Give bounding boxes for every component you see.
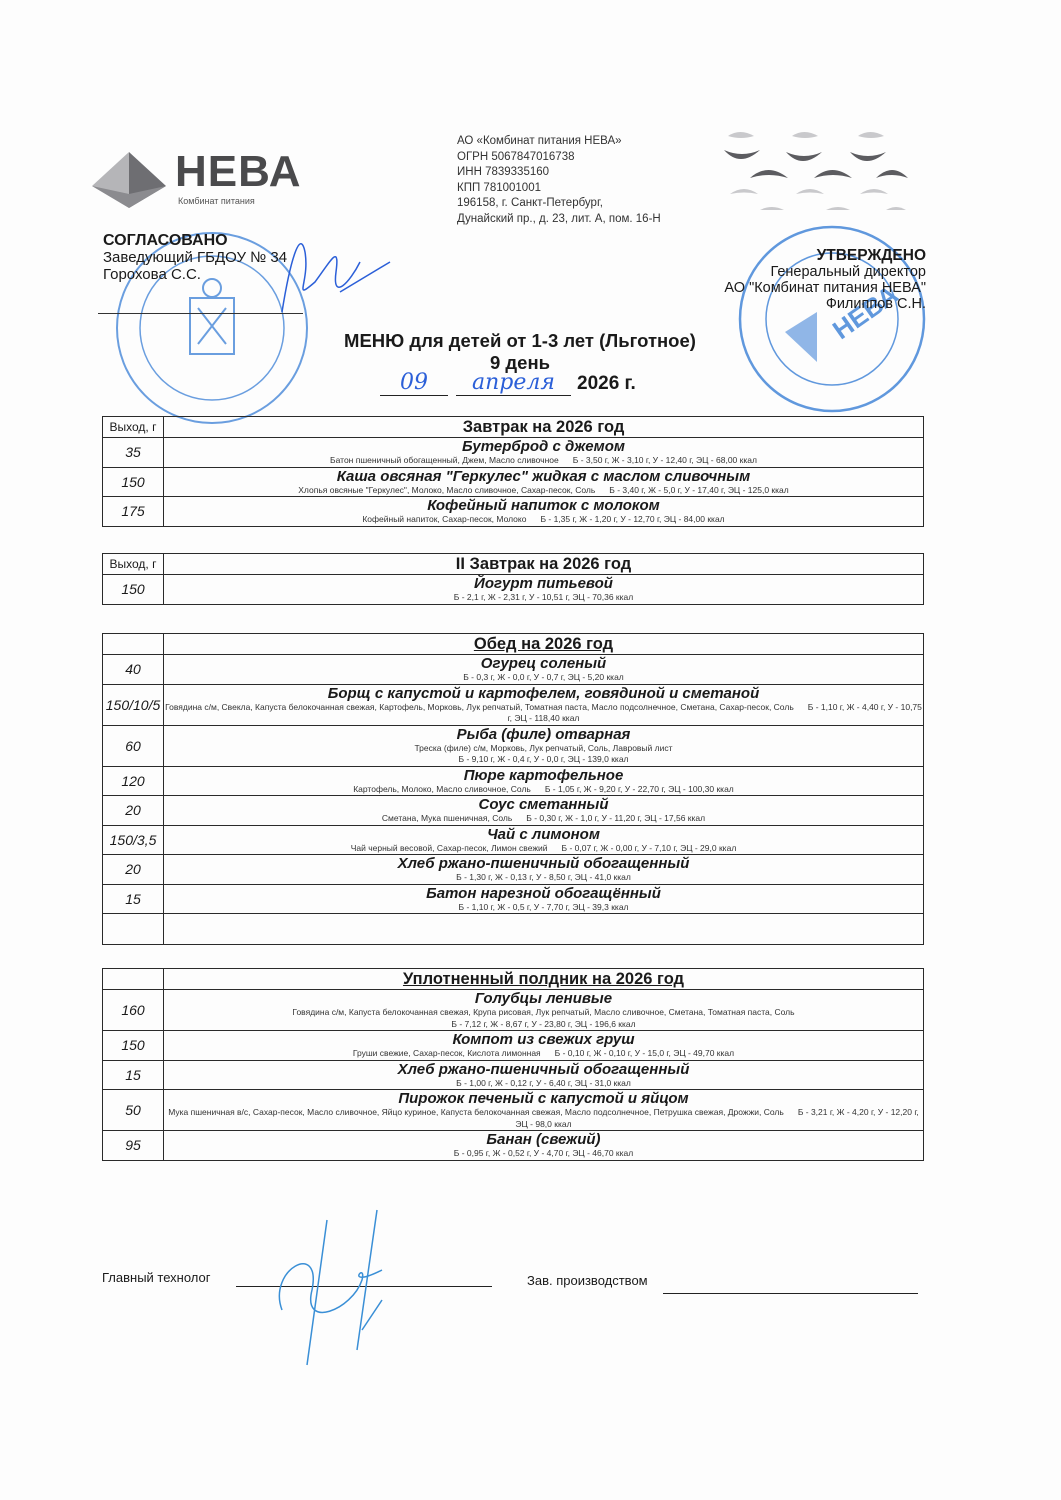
dish-cell: Хлеб ржано-пшеничный обогащенныйБ - 1,30… — [164, 855, 924, 885]
date-day: 09 — [380, 370, 448, 396]
menu-item-row: 150Йогурт питьевойБ - 2,1 г, Ж - 2,31 г,… — [103, 575, 924, 605]
yield-header: Выход, г — [103, 554, 164, 575]
company-details: АО «Комбинат питания НЕВА» ОГРН 50678470… — [457, 134, 661, 227]
dish-name: Борщ с капустой и картофелем, говядиной … — [164, 685, 923, 702]
menu-section-table: Выход, гII Завтрак на 2026 год150Йогурт … — [102, 553, 924, 605]
dish-yield: 15 — [103, 884, 164, 914]
dish-cell: Чай с лимономЧай черный весовой, Сахар-п… — [164, 825, 924, 855]
dish-ingredients: Хлопья овсяные "Геркулес", Молоко, Масло… — [298, 485, 595, 495]
dish-ingredients: Сметана, Мука пшеничная, Соль — [382, 813, 512, 823]
section-header-row: Уплотненный полдник на 2026 год — [103, 969, 924, 990]
dish-nutrition: Б - 0,30 г, Ж - 1,0 г, У - 11,20 г, ЭЦ -… — [526, 813, 705, 823]
dish-cell: Бутерброд с джемомБатон пшеничный обогащ… — [164, 438, 924, 468]
menu-section-table: Выход, гЗавтрак на 2026 год35Бутерброд с… — [102, 416, 924, 527]
menu-item-row: 20Соус сметанныйСметана, Мука пшеничная,… — [103, 796, 924, 826]
menu-date: 09апреля2026 г. — [380, 370, 636, 396]
dish-name: Банан (свежий) — [164, 1131, 923, 1148]
agreed-position: Заведующий ГБДОУ № 34 — [103, 249, 287, 266]
dish-details: Б - 0,95 г, Ж - 0,52 г, У - 4,70 г, ЭЦ -… — [164, 1148, 923, 1160]
menu-item-row: 175Кофейный напиток с молокомКофейный на… — [103, 497, 924, 527]
dish-details: Чай черный весовой, Сахар-песок, Лимон с… — [164, 843, 923, 855]
dish-cell: Пюре картофельноеКартофель, Молоко, Масл… — [164, 766, 924, 796]
dish-ingredients: Батон пшеничный обогащенный, Джем, Масло… — [330, 455, 559, 465]
date-month: апреля — [456, 370, 571, 396]
approved-name: Филиппов С.Н. — [724, 296, 926, 312]
dish-nutrition: Б - 3,50 г, Ж - 3,10 г, У - 12,40 г, ЭЦ … — [573, 455, 757, 465]
chief-technologist-label: Главный технолог — [102, 1270, 211, 1285]
section-header-row: Обед на 2026 год — [103, 634, 924, 655]
dish-ingredients: Мука пшеничная в/с, Сахар-песок, Масло с… — [168, 1107, 784, 1117]
dish-yield: 120 — [103, 766, 164, 796]
dish-cell: Голубцы ленивыеГовядина с/м, Капуста бел… — [164, 990, 924, 1031]
menu-item-row: 60Рыба (филе) отварнаяТреска (филе) с/м,… — [103, 725, 924, 766]
dish-details: Батон пшеничный обогащенный, Джем, Масло… — [164, 455, 923, 467]
dish-yield: 150/10/5 — [103, 684, 164, 725]
menu-item-row: 150Каша овсяная "Геркулес" жидкая с масл… — [103, 467, 924, 497]
menu-item-row: 120Пюре картофельноеКартофель, Молоко, М… — [103, 766, 924, 796]
yield-header — [103, 969, 164, 990]
dish-nutrition: Б - 0,3 г, Ж - 0,0 г, У - 0,7 г, ЭЦ - 5,… — [463, 672, 624, 682]
dish-cell: Каша овсяная "Геркулес" жидкая с маслом … — [164, 467, 924, 497]
dish-details: Мука пшеничная в/с, Сахар-песок, Масло с… — [164, 1107, 923, 1130]
dish-nutrition: Б - 0,10 г, Ж - 0,10 г, У - 15,0 г, ЭЦ -… — [555, 1048, 734, 1058]
dish-cell: Банан (свежий)Б - 0,95 г, Ж - 0,52 г, У … — [164, 1131, 924, 1161]
dish-details: Груши свежие, Сахар-песок, Кислота лимон… — [164, 1048, 923, 1060]
dish-cell: Борщ с капустой и картофелем, говядиной … — [164, 684, 924, 725]
company-line: АО «Комбинат питания НЕВА» — [457, 134, 661, 150]
dish-yield: 40 — [103, 655, 164, 685]
dish-nutrition: Б - 2,1 г, Ж - 2,31 г, У - 10,51 г, ЭЦ -… — [454, 592, 633, 602]
section-header-row: Выход, гЗавтрак на 2026 год — [103, 417, 924, 438]
dish-yield: 175 — [103, 497, 164, 527]
dish-yield: 150 — [103, 1031, 164, 1061]
logo-name: НЕВА — [175, 150, 301, 194]
signature-agreed-icon — [270, 222, 400, 322]
dish-yield: 95 — [103, 1131, 164, 1161]
approved-heading: УТВЕРЖДЕНО — [724, 248, 926, 264]
dish-details: Б - 2,1 г, Ж - 2,31 г, У - 10,51 г, ЭЦ -… — [164, 592, 923, 604]
approved-block: УТВЕРЖДЕНО Генеральный директор АО "Комб… — [724, 248, 926, 312]
company-line: ОГРН 5067847016738 — [457, 150, 661, 166]
dish-name: Хлеб ржано-пшеничный обогащенный — [164, 855, 923, 872]
dish-details: Картофель, Молоко, Масло сливочное, Соль… — [164, 784, 923, 796]
agreed-signature-line — [98, 313, 303, 314]
dish-nutrition: Б - 7,12 г, Ж - 8,67 г, У - 23,80 г, ЭЦ … — [451, 1019, 635, 1029]
dish-details: Говядина с/м, Свекла, Капуста белокочанн… — [164, 702, 923, 725]
dish-yield: 150/3,5 — [103, 825, 164, 855]
dish-yield: 150 — [103, 575, 164, 605]
dish-ingredients: Говядина с/м, Свекла, Капуста белокочанн… — [165, 702, 794, 712]
dish-name: Бутерброд с джемом — [164, 438, 923, 455]
company-line: ИНН 7839335160 — [457, 165, 661, 181]
dish-nutrition: Б - 1,30 г, Ж - 0,13 г, У - 8,50 г, ЭЦ -… — [456, 872, 631, 882]
menu-item-row: 150/10/5Борщ с капустой и картофелем, го… — [103, 684, 924, 725]
yield-header: Выход, г — [103, 417, 164, 438]
dish-name: Йогурт питьевой — [164, 575, 923, 592]
dish-yield: 35 — [103, 438, 164, 468]
approved-position: Генеральный директор — [724, 264, 926, 280]
dish-nutrition: Б - 1,10 г, Ж - 0,5 г, У - 7,70 г, ЭЦ - … — [459, 902, 629, 912]
dish-details: Б - 1,30 г, Ж - 0,13 г, У - 8,50 г, ЭЦ -… — [164, 872, 923, 884]
dish-details: Сметана, Мука пшеничная, СольБ - 0,30 г,… — [164, 813, 923, 825]
dish-details: Б - 1,00 г, Ж - 0,12 г, У - 6,40 г, ЭЦ -… — [164, 1078, 923, 1090]
agreed-name: Горохова С.С. — [103, 266, 287, 283]
menu-item-row: 50Пирожок печеный с капустой и яйцомМука… — [103, 1090, 924, 1131]
dish-name: Каша овсяная "Геркулес" жидкая с маслом … — [164, 468, 923, 485]
dish-nutrition: Б - 0,07 г, Ж - 0,00 г, У - 7,10 г, ЭЦ -… — [562, 843, 737, 853]
section-title-text: II Завтрак на 2026 год — [456, 555, 631, 573]
dish-details: Б - 0,3 г, Ж - 0,0 г, У - 0,7 г, ЭЦ - 5,… — [164, 672, 923, 684]
menu-item-row: 150Компот из свежих грушГруши свежие, Са… — [103, 1031, 924, 1061]
production-head-label: Зав. производством — [527, 1273, 648, 1288]
dish-yield: 20 — [103, 796, 164, 826]
dish-ingredients: Картофель, Молоко, Масло сливочное, Соль — [353, 784, 531, 794]
dish-name: Огурец соленый — [164, 655, 923, 672]
section-title-text: Обед на 2026 год — [474, 635, 613, 653]
dish-name: Рыба (филе) отварная — [164, 726, 923, 743]
dish-cell: Йогурт питьевойБ - 2,1 г, Ж - 2,31 г, У … — [164, 575, 924, 605]
menu-section-table: Уплотненный полдник на 2026 год160Голубц… — [102, 968, 924, 1161]
dish-ingredients: Треска (филе) с/м, Морковь, Лук репчатый… — [414, 743, 672, 753]
section-title: II Завтрак на 2026 год — [164, 554, 924, 575]
section-header-row: Выход, гII Завтрак на 2026 год — [103, 554, 924, 575]
dish-details: Кофейный напиток, Сахар-песок, МолокоБ -… — [164, 514, 923, 526]
dish-details: Треска (филе) с/м, Морковь, Лук репчатый… — [164, 743, 923, 755]
dish-cell: Компот из свежих грушГруши свежие, Сахар… — [164, 1031, 924, 1061]
dish-yield: 50 — [103, 1090, 164, 1131]
menu-item-row: 160Голубцы ленивыеГовядина с/м, Капуста … — [103, 990, 924, 1031]
dish-nutrition: Б - 3,40 г, Ж - 5,0 г, У - 17,40 г, ЭЦ -… — [609, 485, 788, 495]
dish-name: Пюре картофельное — [164, 767, 923, 784]
dish-ingredients: Чай черный весовой, Сахар-песок, Лимон с… — [351, 843, 548, 853]
waves-decoration-icon — [720, 126, 910, 216]
dish-name: Батон нарезной обогащённый — [164, 885, 923, 902]
production-head-signature-line — [663, 1293, 918, 1294]
dish-cell: Пирожок печеный с капустой и яйцомМука п… — [164, 1090, 924, 1131]
menu-item-row: 150/3,5Чай с лимономЧай черный весовой, … — [103, 825, 924, 855]
date-year: 2026 г. — [577, 373, 636, 394]
menu-item-row: 15Батон нарезной обогащённыйБ - 1,10 г, … — [103, 884, 924, 914]
blank-row — [103, 914, 924, 945]
dish-yield: 150 — [103, 467, 164, 497]
dish-cell: Кофейный напиток с молокомКофейный напит… — [164, 497, 924, 527]
section-title: Уплотненный полдник на 2026 год — [164, 969, 924, 990]
menu-item-row: 40Огурец соленыйБ - 0,3 г, Ж - 0,0 г, У … — [103, 655, 924, 685]
section-title: Обед на 2026 год — [164, 634, 924, 655]
dish-nutrition: Б - 1,00 г, Ж - 0,12 г, У - 6,40 г, ЭЦ -… — [456, 1078, 631, 1088]
dish-details: Хлопья овсяные "Геркулес", Молоко, Масло… — [164, 485, 923, 497]
yield-header — [103, 634, 164, 655]
dish-ingredients: Груши свежие, Сахар-песок, Кислота лимон… — [353, 1048, 541, 1058]
dish-yield: 20 — [103, 855, 164, 885]
dish-details: Говядина с/м, Капуста белокочанная свежа… — [164, 1007, 923, 1019]
dish-cell: Огурец соленыйБ - 0,3 г, Ж - 0,0 г, У - … — [164, 655, 924, 685]
menu-item-row: 20Хлеб ржано-пшеничный обогащенныйБ - 1,… — [103, 855, 924, 885]
agreed-block: СОГЛАСОВАНО Заведующий ГБДОУ № 34 Горохо… — [103, 232, 287, 283]
dish-name: Кофейный напиток с молоком — [164, 497, 923, 514]
dish-ingredients: Говядина с/м, Капуста белокочанная свежа… — [292, 1007, 794, 1017]
dish-cell: Хлеб ржано-пшеничный обогащенныйБ - 1,00… — [164, 1060, 924, 1090]
signature-technologist-icon — [262, 1200, 412, 1370]
dish-name: Пирожок печеный с капустой и яйцом — [164, 1090, 923, 1107]
menu-item-row: 95Банан (свежий)Б - 0,95 г, Ж - 0,52 г, … — [103, 1131, 924, 1161]
section-title: Завтрак на 2026 год — [164, 417, 924, 438]
menu-title: МЕНЮ для детей от 1-3 лет (Льготное) 9 д… — [290, 330, 750, 374]
dish-name: Компот из свежих груш — [164, 1031, 923, 1048]
dish-nutrition: Б - 1,05 г, Ж - 9,20 г, У - 22,70 г, ЭЦ … — [545, 784, 734, 794]
section-title-text: Уплотненный полдник на 2026 год — [403, 970, 684, 988]
pyramid-logo-icon — [90, 150, 168, 210]
company-line: Дунайский пр., д. 23, лит. А, пом. 16-Н — [457, 212, 661, 228]
dish-cell: Батон нарезной обогащённыйБ - 1,10 г, Ж … — [164, 884, 924, 914]
dish-yield: 60 — [103, 725, 164, 766]
dish-yield: 15 — [103, 1060, 164, 1090]
menu-title-line1: МЕНЮ для детей от 1-3 лет (Льготное) — [290, 330, 750, 352]
company-line: 196158, г. Санкт-Петербург, — [457, 196, 661, 212]
agreed-heading: СОГЛАСОВАНО — [103, 232, 287, 249]
dish-nutrition: Б - 0,95 г, Ж - 0,52 г, У - 4,70 г, ЭЦ -… — [454, 1148, 633, 1158]
menu-item-row: 35Бутерброд с джемомБатон пшеничный обог… — [103, 438, 924, 468]
dish-cell: Соус сметанныйСметана, Мука пшеничная, С… — [164, 796, 924, 826]
menu-section-table: Обед на 2026 год40Огурец соленыйБ - 0,3 … — [102, 633, 924, 945]
dish-nutrition: Б - 9,10 г, Ж - 0,4 г, У - 0,0 г, ЭЦ - 1… — [459, 754, 629, 764]
logo-subtitle: Комбинат питания — [178, 196, 255, 206]
dish-name: Чай с лимоном — [164, 826, 923, 843]
section-title-text: Завтрак на 2026 год — [463, 418, 625, 436]
menu-item-row: 15Хлеб ржано-пшеничный обогащенныйБ - 1,… — [103, 1060, 924, 1090]
dish-details: Б - 1,10 г, Ж - 0,5 г, У - 7,70 г, ЭЦ - … — [164, 902, 923, 914]
dish-cell: Рыба (филе) отварнаяТреска (филе) с/м, М… — [164, 725, 924, 766]
dish-yield: 160 — [103, 990, 164, 1031]
dish-name: Голубцы ленивые — [164, 990, 923, 1007]
dish-name: Хлеб ржано-пшеничный обогащенный — [164, 1061, 923, 1078]
approved-org: АО "Комбинат питания НЕВА" — [724, 280, 926, 296]
dish-ingredients: Кофейный напиток, Сахар-песок, Молоко — [362, 514, 526, 524]
company-line: КПП 781001001 — [457, 181, 661, 197]
dish-nutrition: Б - 1,35 г, Ж - 1,20 г, У - 12,70 г, ЭЦ … — [540, 514, 724, 524]
dish-name: Соус сметанный — [164, 796, 923, 813]
